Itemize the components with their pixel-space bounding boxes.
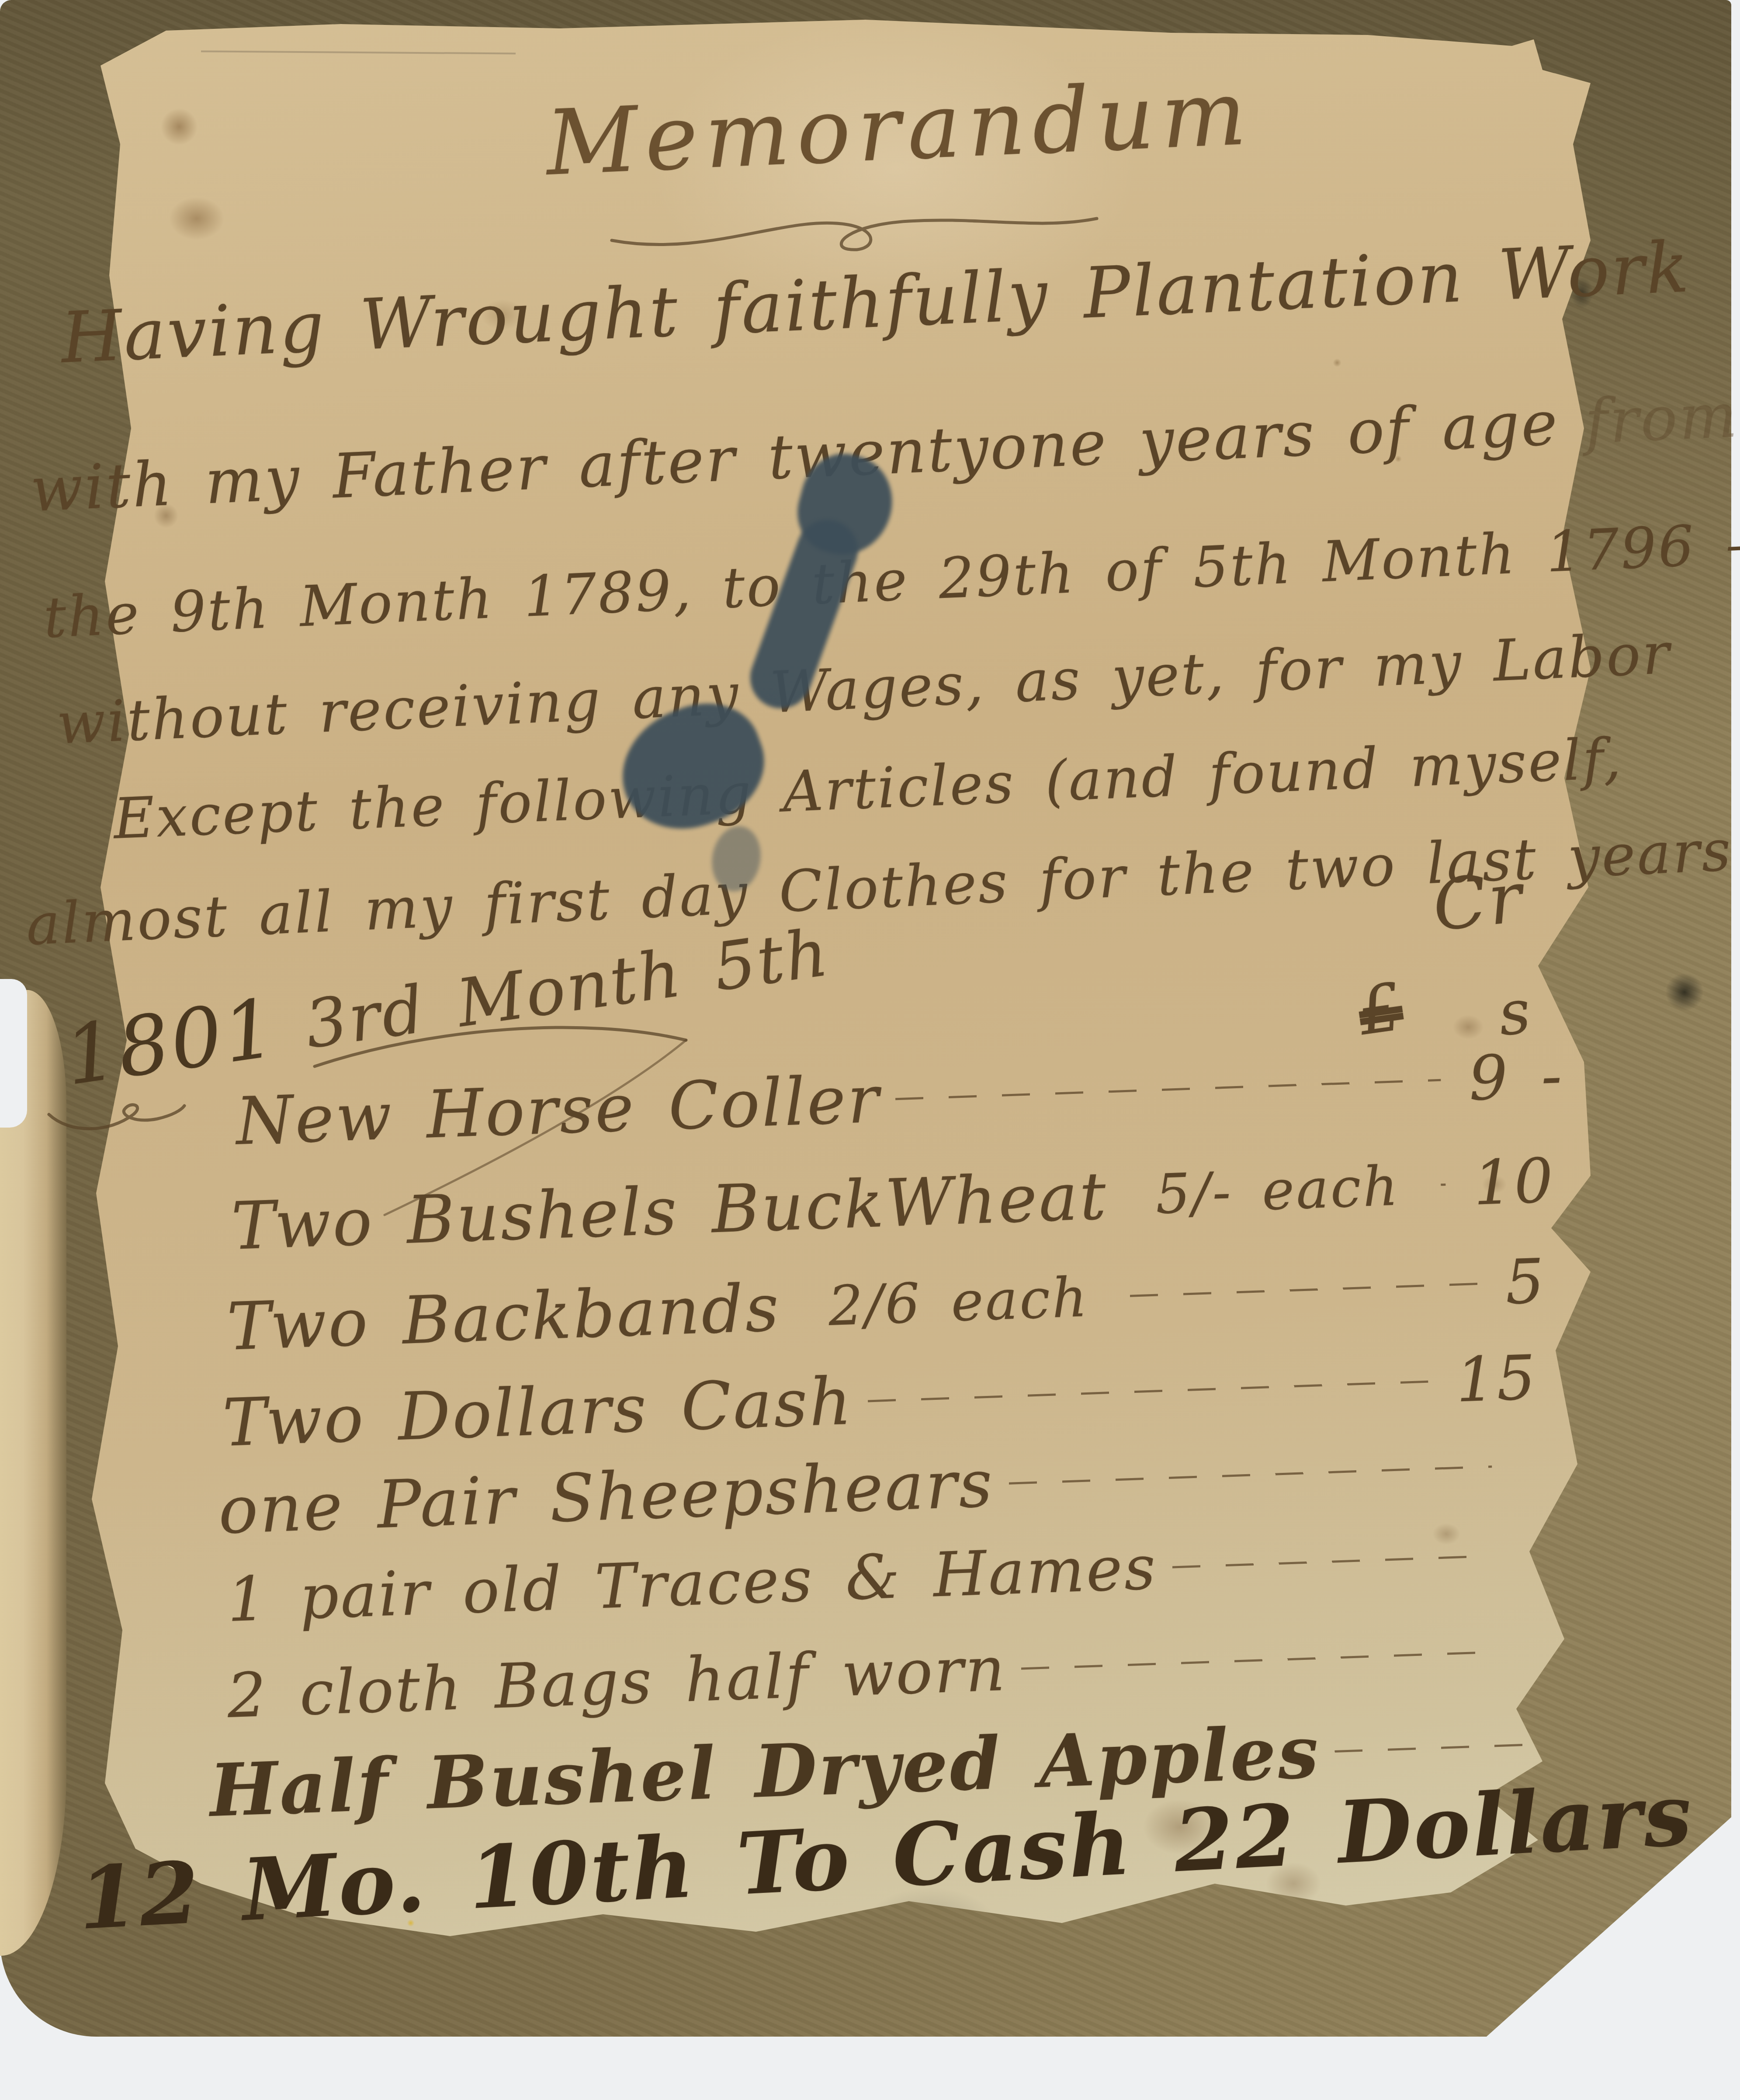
- dash-leader: [895, 1079, 1441, 1100]
- dash-leader: [1441, 1183, 1445, 1185]
- faint-word: from: [1584, 380, 1740, 458]
- dash-leader: [1130, 1283, 1477, 1297]
- scanned-document: Memorandum Having Wrought faithfully Pla…: [0, 0, 1740, 2100]
- ledger-value: 15: [1455, 1342, 1539, 1416]
- ledger-value: 9 -: [1468, 1040, 1565, 1114]
- dash-leader: [1021, 1652, 1479, 1670]
- ledger-value: 10: [1472, 1145, 1556, 1219]
- ledger-note: 2/6 each: [827, 1266, 1090, 1338]
- credit-abbr: Cr: [1429, 856, 1527, 947]
- ledger-value: 5: [1504, 1246, 1547, 1318]
- dash-leader: [1009, 1465, 1492, 1485]
- dash-leader: [868, 1380, 1428, 1402]
- dash-leader: [1335, 1743, 1527, 1752]
- ledger-note: 5/- each: [1154, 1154, 1400, 1226]
- scan-white-sliver: [0, 979, 27, 1128]
- year-flourish: [44, 1093, 188, 1141]
- dash-leader: [1172, 1555, 1487, 1568]
